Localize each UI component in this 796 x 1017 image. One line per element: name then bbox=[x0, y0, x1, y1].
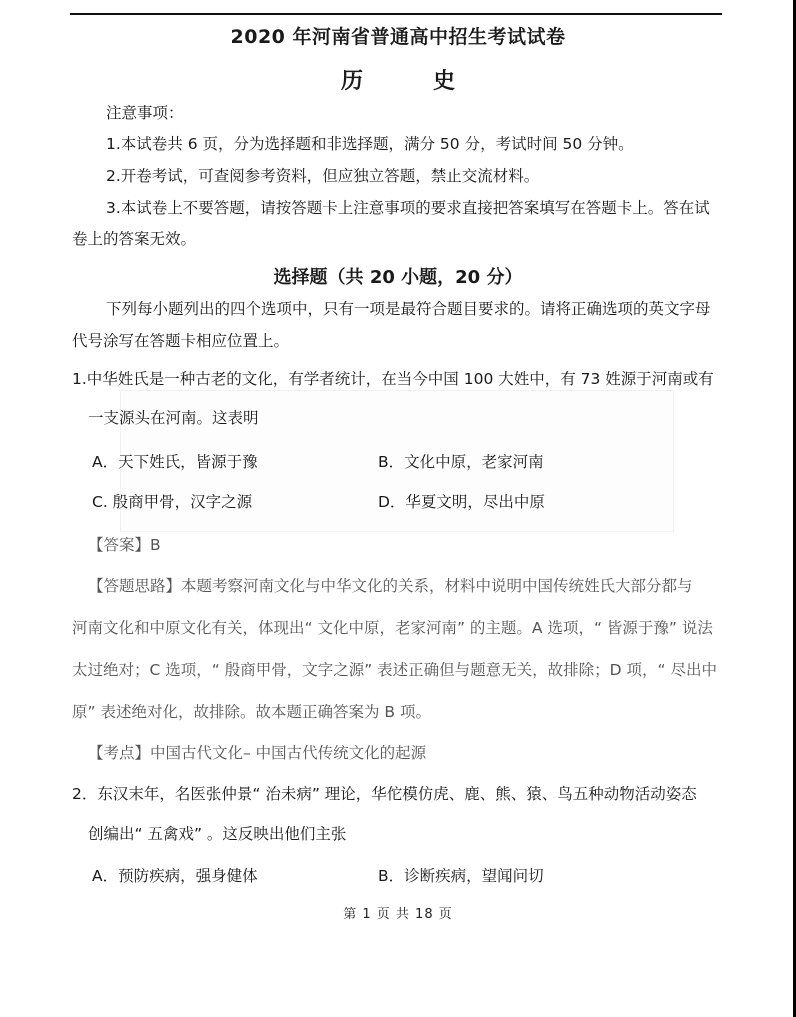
subject-left: 历 bbox=[341, 64, 363, 95]
question-1-option-c: C. 殷商甲骨，汉字之源 bbox=[92, 492, 252, 512]
subject-right: 史 bbox=[433, 64, 455, 95]
question-1-stem-2: 一支源头在河南。这表明 bbox=[88, 408, 259, 428]
question-1-option-b: B．文化中原，老家河南 bbox=[378, 452, 544, 472]
question-2-stem-1: 2．东汉末年，名医张仲景“ 治未病” 理论，华佗模仿虎、鹿、熊、猿、鸟五种动物活… bbox=[72, 784, 697, 804]
page-title: 2020 年河南省普通高中招生考试试卷 bbox=[0, 22, 796, 49]
question-2-option-b: B．诊断疾病，望闻问切 bbox=[378, 866, 544, 886]
question-1-option-a: A．天下姓氏，皆源于豫 bbox=[92, 452, 258, 472]
notice-item-3: 3.本试卷上不要答题，请按答题卡上注意事项的要求直接把答案填写在答题卡上。答在试 bbox=[106, 198, 710, 218]
question-1-option-d: D．华夏文明，尽出中原 bbox=[378, 492, 545, 512]
notice-item-3-cont: 卷上的答案无效。 bbox=[72, 229, 196, 249]
question-1-analysis-4: 原” 表述绝对化，故排除。故本题正确答案为 B 项。 bbox=[72, 702, 431, 722]
question-1-answer: 【答案】B bbox=[88, 535, 161, 555]
question-1-analysis-1: 【答题思路】本题考察河南文化与中华文化的关系，材料中说明中国传统姓氏大部分都与 bbox=[88, 576, 693, 596]
page-footer: 第 1 页 共 18 页 bbox=[0, 903, 796, 922]
notice-item-2: 2.开卷考试，可查阅参考资料，但应独立答题，禁止交流材料。 bbox=[106, 166, 539, 186]
question-2-stem-2: 创编出“ 五禽戏” 。这反映出他们主张 bbox=[88, 824, 346, 844]
question-1-key-point: 【考点】中国古代文化– 中国古代传统文化的起源 bbox=[88, 743, 426, 763]
header-rule bbox=[70, 13, 722, 15]
question-1-analysis-2: 河南文化和中原文化有关，体现出“ 文化中原，老家河南” 的主题。A 选项，“ 皆… bbox=[72, 618, 713, 638]
subject-title: 历史 bbox=[0, 64, 796, 95]
question-2-option-a: A．预防疾病，强身健体 bbox=[92, 866, 258, 886]
question-1-stem-1: 1.中华姓氏是一种古老的文化，有学者统计，在当今中国 100 大姓中，有 73 … bbox=[72, 369, 714, 389]
notice-heading: 注意事项： bbox=[106, 103, 184, 123]
section-title: 选择题（共 20 小题，20 分） bbox=[0, 263, 796, 289]
section-instructions-2: 代号涂写在答题卡相应位置上。 bbox=[72, 331, 289, 351]
question-1-analysis-3: 太过绝对；C 选项，“ 殷商甲骨，文字之源” 表述正确但与题意无关，故排除；D … bbox=[72, 660, 717, 680]
notice-item-1: 1.本试卷共 6 页，分为选择题和非选择题，满分 50 分，考试时间 50 分钟… bbox=[106, 134, 634, 154]
section-instructions-1: 下列每小题列出的四个选项中，只有一项是最符合题目要求的。请将正确选项的英文字母 bbox=[106, 299, 711, 319]
